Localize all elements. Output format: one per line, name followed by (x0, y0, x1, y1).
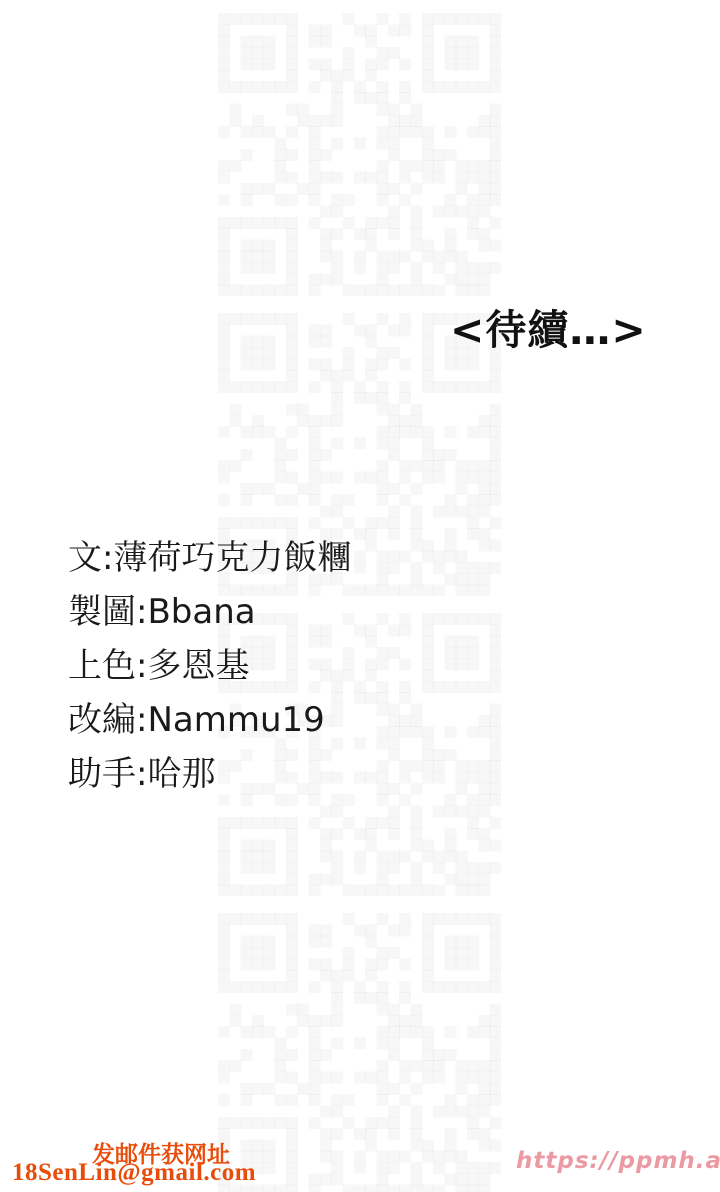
qr-tile (218, 913, 501, 1192)
to-be-continued-text: <待續…> (450, 297, 647, 356)
credit-artist: 製圖:Bbana (68, 585, 351, 639)
comic-end-page: <待續…> 文:薄荷巧克力飯糰 製圖:Bbana 上色:多恩基 改編:Nammu… (0, 0, 720, 1192)
credit-writer: 文:薄荷巧克力飯糰 (68, 531, 351, 585)
credit-assistant: 助手:哈那 (68, 747, 351, 801)
qr-tile (218, 13, 501, 296)
uploader-email-text: 18SenLin@gmail.com (12, 1159, 256, 1187)
site-url-watermark: https://ppmh.app (516, 1148, 720, 1174)
credits-block: 文:薄荷巧克力飯糰 製圖:Bbana 上色:多恩基 改編:Nammu19 助手:… (68, 531, 351, 801)
credit-colorist: 上色:多恩基 (68, 639, 351, 693)
credit-adaptation: 改編:Nammu19 (68, 693, 351, 747)
